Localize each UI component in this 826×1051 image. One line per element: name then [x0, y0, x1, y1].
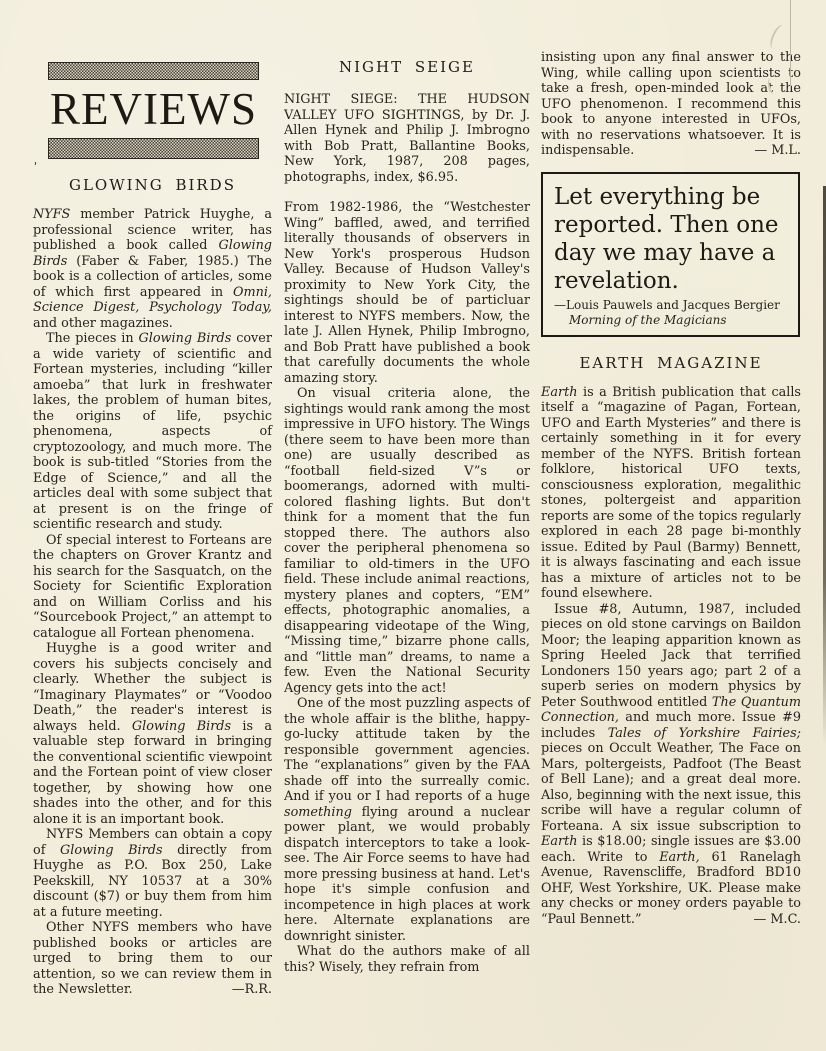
paragraph: insisting upon any final answer to the W…: [541, 50, 801, 159]
reviewer-initials: — M.L.: [746, 143, 801, 159]
italic-text-run: Earth: [541, 385, 577, 400]
pull-quote-source: Morning of the Magicians: [569, 313, 792, 327]
paragraph: From 1982-1986, the “Westchester Wing” b…: [284, 200, 530, 386]
section-heading-glowing-birds: GLOWING BIRDS: [33, 176, 272, 194]
reviews-masthead: REVIEWS: [48, 62, 259, 159]
paragraph: On visual criteria alone, the sightings …: [284, 386, 530, 696]
article-night-seige-continued: insisting upon any final answer to the W…: [541, 50, 801, 159]
text-run: What do the authors make of all this? Wi…: [284, 944, 530, 975]
paragraph: NYFS member Patrick Huyghe, a profession…: [33, 207, 272, 331]
paragraph: NYFS Members can obtain a copy of Glowin…: [33, 827, 272, 920]
text-run: flying around a nuclear power plant, we …: [284, 805, 530, 944]
italic-text-run: Glowing Birds: [139, 331, 232, 346]
text-run: insisting upon any final answer to the W…: [541, 50, 801, 158]
paragraph: Earth is a British publication that call…: [541, 385, 801, 602]
paragraph: The pieces in Glowing Birds cover a wide…: [33, 331, 272, 533]
italic-text-run: Tales of Yorkshire Fairies;: [608, 726, 801, 741]
italic-text-run: Glowing Birds: [132, 719, 231, 734]
text-run: and other magazines.: [33, 316, 173, 331]
text-run: On visual criteria alone, the sightings …: [284, 386, 530, 696]
paragraph: What do the authors make of all this? Wi…: [284, 944, 530, 975]
paragraph: Issue #8, Autumn, 1987, included pieces …: [541, 602, 801, 928]
text-run: One of the most puzzling aspects of the …: [284, 696, 530, 804]
text-run: pieces on Occult Weather, The Face on Ma…: [541, 741, 801, 834]
text-run: Of special interest to Forteans are the …: [33, 533, 272, 641]
text-run: From 1982-1986, the “Westchester Wing” b…: [284, 200, 530, 386]
text-run: is a British publication that calls itse…: [541, 385, 801, 602]
italic-text-run: something: [284, 805, 352, 820]
masthead-title: REVIEWS: [48, 80, 259, 138]
pull-quote-box: Let everything be reported. Then one day…: [541, 172, 800, 337]
reviewer-initials: — M.C.: [733, 912, 801, 928]
italic-text-run: Earth,: [659, 850, 700, 865]
book-citation: NIGHT SIEGE: THE HUDSON VALLEY UFO SIGHT…: [284, 92, 530, 185]
paragraph: Of special interest to Forteans are the …: [33, 533, 272, 642]
text-run: Issue #8, Autumn, 1987, included pieces …: [541, 602, 801, 710]
article-night-seige: From 1982-1986, the “Westchester Wing” b…: [284, 200, 530, 975]
text-run: cover a wide variety of scientific and F…: [33, 331, 272, 532]
paragraph: One of the most puzzling aspects of the …: [284, 696, 530, 944]
paragraph: Other NYFS members who have published bo…: [33, 920, 272, 998]
text-run: The pieces in: [46, 331, 139, 346]
article-glowing-birds: NYFS member Patrick Huyghe, a profession…: [33, 207, 272, 998]
italic-text-run: Glowing Birds: [60, 843, 162, 858]
column-left: REVIEWS GLOWING BIRDS NYFS member Patric…: [33, 0, 272, 998]
paragraph: Huyghe is a good writer and covers his s…: [33, 641, 272, 827]
masthead-top-bar: [48, 62, 259, 80]
text-run: is a valuable step forward in bringing t…: [33, 719, 272, 827]
pull-quote-text: Let everything be reported. Then one day…: [554, 183, 792, 295]
masthead-bottom-bar: [48, 138, 259, 159]
pull-quote-attribution: —Louis Pauwels and Jacques Bergier: [554, 298, 792, 313]
article-earth-magazine: Earth is a British publication that call…: [541, 385, 801, 928]
section-heading-night-seige: NIGHT SEIGE: [284, 58, 530, 76]
reviewer-initials: —R.R.: [211, 982, 272, 998]
column-right: insisting upon any final answer to the W…: [541, 0, 801, 927]
column-middle: NIGHT SEIGE NIGHT SIEGE: THE HUDSON VALL…: [284, 0, 530, 975]
italic-text-run: NYFS: [33, 207, 70, 222]
italic-text-run: Earth: [541, 834, 577, 849]
section-heading-earth-magazine: EARTH MAGAZINE: [541, 354, 801, 372]
